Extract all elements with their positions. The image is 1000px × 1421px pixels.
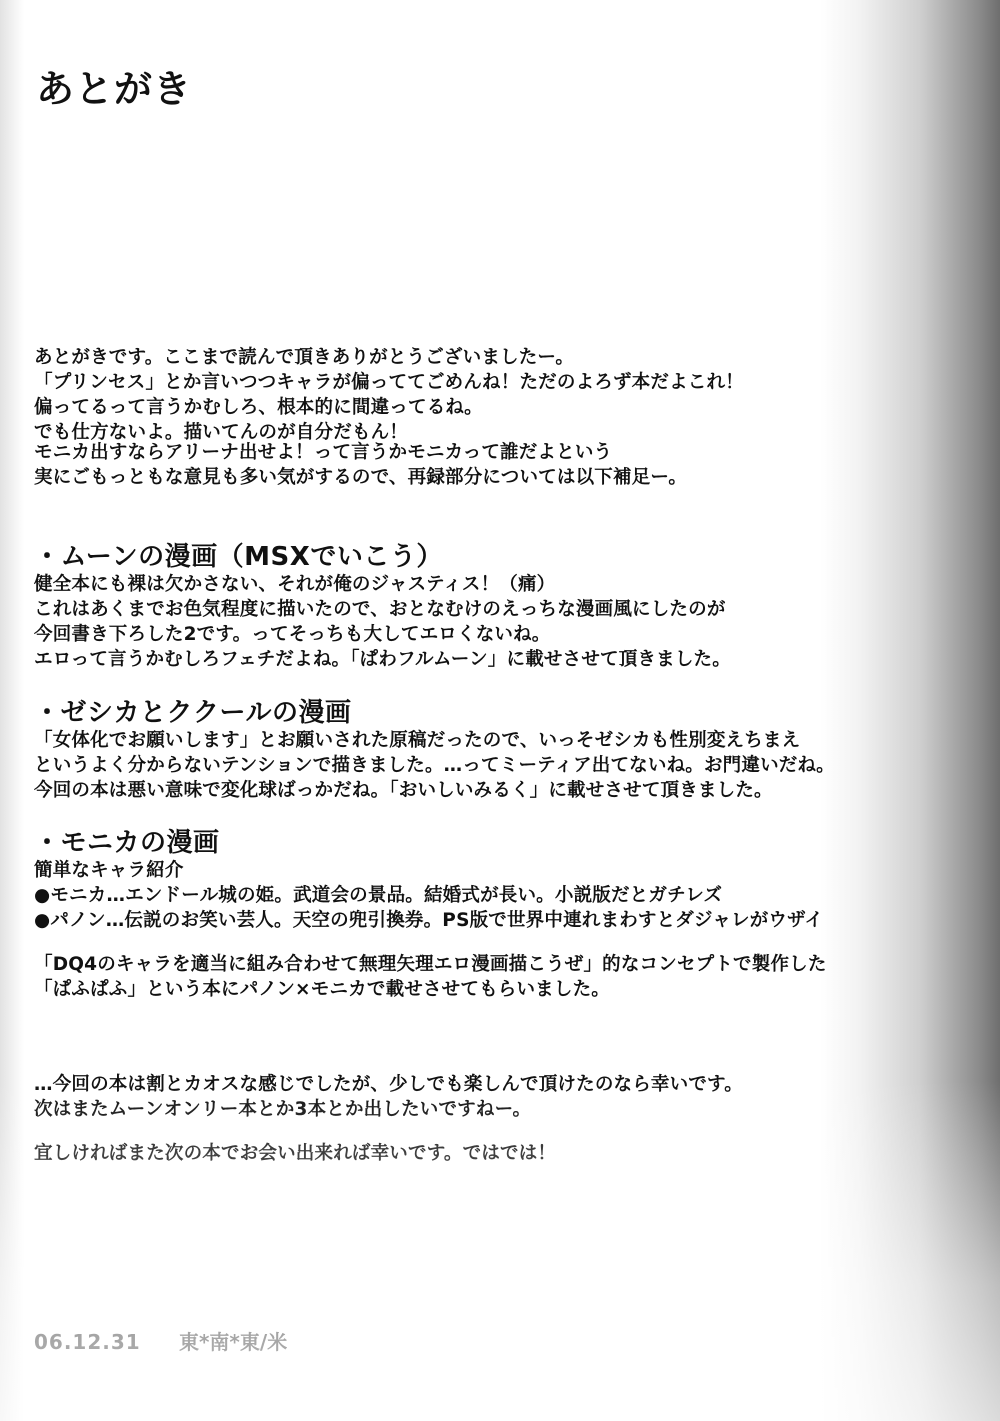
text-line: というよく分からないテンションで描きました。…ってミーティア出てないね。お門違い… [34,753,835,778]
text-line: 健全本にも裸は欠かさない、それが俺のジャスティス！（痛） [34,572,731,597]
intro-paragraph-2: モニカ出すならアリーナ出せよ！って言うかモニカって誰だよという 実にごもっともな… [34,440,687,490]
footer-signature: 東*南*東/米 [179,1330,287,1354]
section-jessica-angelo-manga: ・ゼシカとククールの漫画 「女体化でお願いします」とお願いされた原稿だったので、… [34,698,835,803]
afterword-page: あとがき あとがきです。ここまで読んで頂きありがとうございましたー。 「プリンセ… [0,0,1000,1421]
text-line: 「DQ4のキャラを適当に組み合わせて無理矢理エロ漫画描こうぜ」的なコンセプトで製… [34,952,827,977]
text-line: ●モニカ…エンドール城の姫。武道会の景品。結婚式が長い。小説版だとガチレズ [34,883,823,908]
text-line: 次はまたムーンオンリー本とか3本とか出したいですねー。 [34,1097,743,1122]
text-line: あとがきです。ここまで読んで頂きありがとうございましたー。 [34,345,744,370]
text-line: 今回の本は悪い意味で変化球ばっかだね。「おいしいみるく」に載せさせて頂きました。 [34,778,835,803]
intro-paragraph: あとがきです。ここまで読んで頂きありがとうございましたー。 「プリンセス」とか言… [34,345,744,445]
section-monica-manga: ・モニカの漫画 簡単なキャラ紹介 ●モニカ…エンドール城の姫。武道会の景品。結婚… [34,828,823,933]
footer-date: 06.12.31 [34,1330,172,1354]
text-line: 今回書き下ろした2です。ってそっちも大してエロくないね。 [34,622,731,647]
text-line: 「ぱふぱふ」という本にパノン×モニカで載せさせてもらいました。 [34,977,827,1002]
section-heading: ・ゼシカとククールの漫画 [34,698,835,728]
closing-paragraph: …今回の本は割とカオスな感じでしたが、少しでも楽しんで頂けたのなら幸いです。 次… [34,1072,743,1122]
text-line: 実にごもっともな意見も多い気がするので、再録部分については以下補足ー。 [34,465,687,490]
text-line: ●パノン…伝説のお笑い芸人。天空の兜引換券。PS版で世界中連れまわすとダジャレが… [34,908,823,933]
text-line: 簡単なキャラ紹介 [34,858,823,883]
section-moon-manga: ・ムーンの漫画（MSXでいこう） 健全本にも裸は欠かさない、それが俺のジャスティ… [34,542,731,672]
text-line: …今回の本は割とカオスな感じでしたが、少しでも楽しんで頂けたのなら幸いです。 [34,1072,743,1097]
text-line: 「女体化でお願いします」とお願いされた原稿だったので、いっそゼシカも性別変えちま… [34,728,835,753]
text-line: 「プリンセス」とか言いつつキャラが偏っててごめんね！ただのよろず本だよこれ！ [34,370,744,395]
text-line: モニカ出すならアリーナ出せよ！って言うかモニカって誰だよという [34,440,687,465]
page-footer: 06.12.31 東*南*東/米 [34,1326,287,1355]
text-line: 偏ってるって言うかむしろ、根本的に間違ってるね。 [34,395,744,420]
section-heading: ・ムーンの漫画（MSXでいこう） [34,542,731,572]
section-heading: ・モニカの漫画 [34,828,823,858]
monica-note-paragraph: 「DQ4のキャラを適当に組み合わせて無理矢理エロ漫画描こうぜ」的なコンセプトで製… [34,952,827,1002]
text-line: これはあくまでお色気程度に描いたので、おとなむけのえっちな漫画風にしたのが [34,597,731,622]
text-line: 宜しければまた次の本でお会い出来れば幸いです。ではでは！ [34,1141,556,1166]
page-title: あとがき [36,70,192,108]
closing-final-line: 宜しければまた次の本でお会い出来れば幸いです。ではでは！ [34,1141,556,1166]
text-line: エロって言うかむしろフェチだよね。「ぱわフルムーン」に載せさせて頂きました。 [34,647,731,672]
